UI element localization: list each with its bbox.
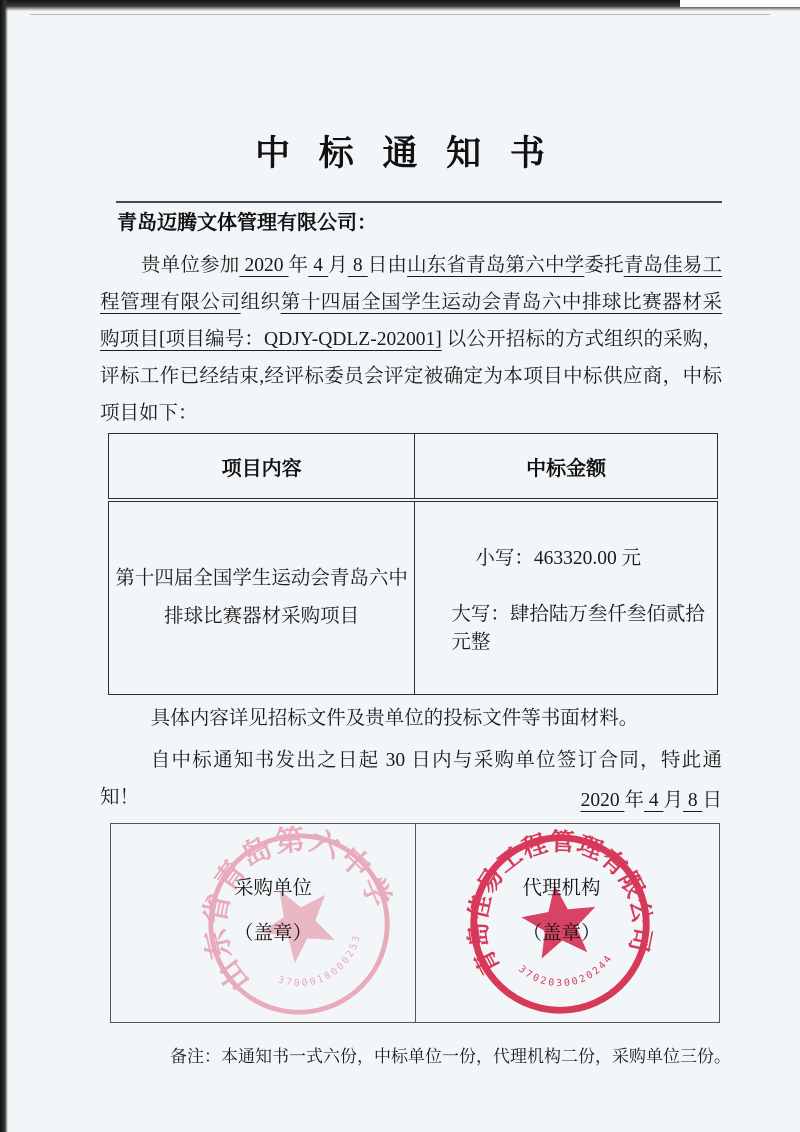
purchaser-role-line1: 采购单位 [183, 876, 363, 902]
signature-section: 山东省青岛第六中学 3700018000253 采购单位 （盖章） [110, 823, 720, 1023]
amount-words: 大写：肆拾陆万叁仟叁佰贰拾元整 [451, 598, 716, 654]
agency-role-line1: 代理机构 [472, 876, 652, 902]
seal-serial-number: 3702030020244 [515, 951, 618, 996]
issue-date: 2020 年 4 月 8 日 [581, 784, 722, 812]
column-header-project: 项目内容 [109, 434, 415, 501]
agency-role-line2: （盖章） [472, 921, 652, 947]
document-page: 中标通知书 青岛迈腾文体管理有限公司： 贵单位参加 2020 年 4 月 8 日… [0, 0, 800, 1132]
purchaser-role-label: 采购单位 （盖章） [183, 876, 363, 947]
scan-edge-top-right [680, 0, 800, 7]
project-name-line2: 排球比赛器材采购项目 [110, 598, 413, 636]
column-header-amount: 中标金额 [415, 434, 718, 501]
details-paragraph: 具体内容详见招标文件及贵单位的投标文件等书面材料。 [100, 700, 722, 737]
award-table: 项目内容 中标金额 第十四届全国学生运动会青岛六中 排球比赛器材采购项目 小写：… [108, 433, 718, 695]
body-paragraph: 贵单位参加 2020 年 4 月 8 日由山东省青岛第六中学委托青岛佳易工程管理… [100, 247, 722, 432]
footnote: 备注：本通知书一式六份，中标单位一份，代理机构二份，采购单位三份。 [170, 1042, 731, 1067]
table-row: 第十四届全国学生运动会青岛六中 排球比赛器材采购项目 小写：463320.00 … [109, 500, 718, 695]
amount-numeric: 小写：463320.00 元 [475, 542, 716, 570]
table-header-row: 项目内容 中标金额 [109, 434, 718, 501]
scan-paper-edge [30, 14, 770, 15]
project-name-line1: 第十四届全国学生运动会青岛六中 [110, 560, 413, 598]
project-name-cell: 第十四届全国学生运动会青岛六中 排球比赛器材采购项目 [109, 500, 415, 695]
amount-cell: 小写：463320.00 元 大写：肆拾陆万叁仟叁佰贰拾元整 [415, 500, 718, 695]
svg-text:3702030020244: 3702030020244 [515, 951, 618, 996]
page-title: 中标通知书 [0, 126, 800, 176]
purchaser-signature-cell: 山东省青岛第六中学 3700018000253 采购单位 （盖章） [111, 824, 416, 1022]
addressee: 青岛迈腾文体管理有限公司： [117, 206, 377, 235]
agency-role-label: 代理机构 （盖章） [472, 876, 652, 947]
purchaser-role-line2: （盖章） [183, 921, 363, 947]
title-divider [116, 201, 722, 203]
agency-signature-cell: 青岛佳易工程管理有限公司 3702030020244 代理机构 （盖章） [416, 824, 720, 1022]
